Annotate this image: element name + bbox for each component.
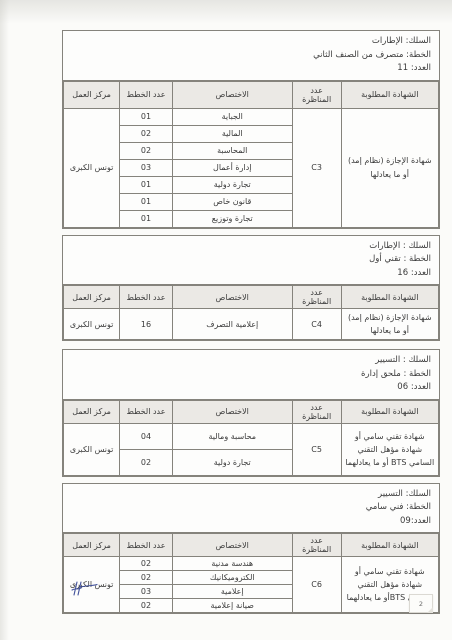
specialty-cell: تجارة وتوزيع [172, 210, 292, 227]
col-competition: عدد المناظرة [292, 400, 341, 423]
specialty-cell: صيانة إعلامية [172, 599, 292, 613]
plans-cell: 01 [120, 193, 173, 210]
competition-cell: C5 [292, 423, 341, 475]
plans-cell: 16 [120, 309, 173, 340]
specialty-cell: قانون خاص [172, 193, 292, 210]
col-work-center: مركز العمل [64, 286, 120, 309]
col-competition: عدد المناظرة [292, 81, 341, 108]
col-work-center: مركز العمل [64, 534, 120, 557]
work-center-cell: تونس الكبرى [64, 309, 120, 340]
header-row: الشهادة المطلوبة عدد المناظرة الاختصاص ع… [64, 286, 439, 309]
table-row: شهادة تقني سامي أو شهادة مؤهل التقني الس… [64, 557, 439, 571]
col-specialty: الاختصاص [172, 286, 292, 309]
plans-cell: 02 [120, 449, 173, 475]
document-content: السلك: الإطارات الخطة: متصرف من الصنف ال… [62, 30, 440, 620]
competition-cell: C6 [292, 557, 341, 613]
col-certificate: الشهادة المطلوبة [341, 286, 439, 309]
col-competition: عدد المناظرة [292, 534, 341, 557]
plans-cell: 01 [120, 108, 173, 125]
header-row: الشهادة المطلوبة عدد المناظرة الاختصاص ع… [64, 534, 439, 557]
position-line: الخطة : ملحق إدارة [71, 368, 431, 382]
col-work-center: مركز العمل [64, 400, 120, 423]
count-line: العدد: 16 [71, 267, 431, 281]
specialty-cell: الكتروميكانيك [172, 571, 292, 585]
count-line: العدد: 11 [71, 62, 431, 76]
header-row: الشهادة المطلوبة عدد المناظرة الاختصاص ع… [64, 81, 439, 108]
certificate-cell: شهادة الإجازة (نظام إمد) أو ما يعادلها [341, 108, 439, 227]
table-row: شهادة الإجازة (نظام إمد) أو ما يعادلها C… [64, 108, 439, 125]
scan-shadow-left [0, 0, 9, 640]
plans-cell: 02 [120, 599, 173, 613]
col-certificate: الشهادة المطلوبة [341, 534, 439, 557]
corps-line: السلك : التسيير [71, 354, 431, 368]
position-line: الخطة: متصرف من الصنف الثاني [71, 49, 431, 63]
work-center-cell: تونس الكبرى [64, 108, 120, 227]
plans-cell: 02 [120, 557, 173, 571]
plans-cell: 02 [120, 125, 173, 142]
specialty-cell: إدارة أعمال [172, 159, 292, 176]
corps-line: السلك : الإطارات [71, 240, 431, 254]
positions-table-2: الشهادة المطلوبة عدد المناظرة الاختصاص ع… [63, 285, 439, 340]
competition-cell: C3 [292, 108, 341, 227]
count-line: العدد:09 [71, 515, 431, 529]
plans-cell: 02 [120, 571, 173, 585]
scan-shadow-top [0, 0, 452, 24]
col-plans: عدد الخطط [120, 400, 173, 423]
certificate-cell: شهادة الإجازة (نظام إمد) أو ما يعادلها [341, 309, 439, 340]
positions-table-4: الشهادة المطلوبة عدد المناظرة الاختصاص ع… [63, 533, 439, 613]
plans-cell: 01 [120, 176, 173, 193]
corps-line: السلك: التسيير [71, 488, 431, 502]
table-meta-2: السلك : الإطارات الخطة : تقني أول العدد:… [63, 236, 439, 286]
specialty-cell: المحاسبة [172, 142, 292, 159]
col-specialty: الاختصاص [172, 81, 292, 108]
count-line: العدد: 06 [71, 381, 431, 395]
plans-cell: 02 [120, 142, 173, 159]
col-plans: عدد الخطط [120, 286, 173, 309]
plans-cell: 03 [120, 585, 173, 599]
recruitment-block-4: السلك: التسيير الخطة: فني سامي العدد:09 … [62, 483, 440, 615]
signature-ink-icon [68, 579, 100, 599]
work-center-cell: تونس الكبرى [64, 423, 120, 475]
recruitment-block-1: السلك: الإطارات الخطة: متصرف من الصنف ال… [62, 30, 440, 229]
table-meta-3: السلك : التسيير الخطة : ملحق إدارة العدد… [63, 350, 439, 400]
specialty-cell: إعلامية التصرف [172, 309, 292, 340]
col-certificate: الشهادة المطلوبة [341, 400, 439, 423]
table-row: شهادة تقني سامي أو شهادة مؤهل التقني الس… [64, 423, 439, 449]
specialty-cell: المالية [172, 125, 292, 142]
col-certificate: الشهادة المطلوبة [341, 81, 439, 108]
specialty-cell: إعلامية [172, 585, 292, 599]
col-work-center: مركز العمل [64, 81, 120, 108]
col-competition: عدد المناظرة [292, 286, 341, 309]
specialty-cell: هندسة مدنية [172, 557, 292, 571]
recruitment-block-2: السلك : الإطارات الخطة : تقني أول العدد:… [62, 235, 440, 342]
col-specialty: الاختصاص [172, 400, 292, 423]
specialty-cell: تجارة دولية [172, 449, 292, 475]
signature-initials [68, 579, 100, 603]
plans-cell: 04 [120, 423, 173, 449]
certificate-cell: شهادة تقني سامي أو شهادة مؤهل التقني الس… [341, 423, 439, 475]
competition-cell: C4 [292, 309, 341, 340]
scanned-document-page: { "columns": { "certificate": "الشهادة ا… [0, 0, 452, 640]
plans-cell: 01 [120, 210, 173, 227]
page-number: 2 [419, 600, 423, 608]
page-number-box: 2 [409, 594, 433, 613]
specialty-cell: تجارة دولية [172, 176, 292, 193]
corps-line: السلك: الإطارات [71, 35, 431, 49]
folded-corner-icon [427, 607, 433, 613]
specialty-cell: الجباية [172, 108, 292, 125]
header-row: الشهادة المطلوبة عدد المناظرة الاختصاص ع… [64, 400, 439, 423]
position-line: الخطة : تقني أول [71, 253, 431, 267]
position-line: الخطة: فني سامي [71, 501, 431, 515]
col-plans: عدد الخطط [120, 534, 173, 557]
positions-table-1: الشهادة المطلوبة عدد المناظرة الاختصاص ع… [63, 81, 439, 228]
positions-table-3: الشهادة المطلوبة عدد المناظرة الاختصاص ع… [63, 400, 439, 476]
col-plans: عدد الخطط [120, 81, 173, 108]
col-specialty: الاختصاص [172, 534, 292, 557]
recruitment-block-3: السلك : التسيير الخطة : ملحق إدارة العدد… [62, 349, 440, 477]
specialty-cell: محاسبة ومالية [172, 423, 292, 449]
table-meta-4: السلك: التسيير الخطة: فني سامي العدد:09 [63, 484, 439, 534]
table-row: شهادة الإجازة (نظام إمد) أو ما يعادلها C… [64, 309, 439, 340]
plans-cell: 03 [120, 159, 173, 176]
table-meta-1: السلك: الإطارات الخطة: متصرف من الصنف ال… [63, 31, 439, 81]
